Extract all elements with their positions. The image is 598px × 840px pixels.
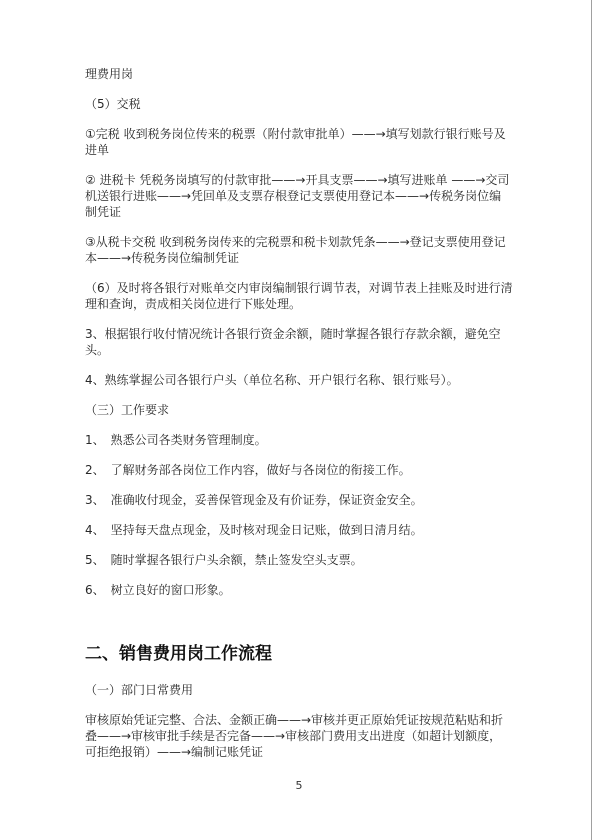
document-content: 理费用岗 （5）交税 ①完税 收到税务岗位传来的税票（附付款审批单）——→填写划…: [85, 66, 513, 774]
sales-section-heading: 二、销售费用岗工作流程: [85, 642, 513, 666]
requirement-item-5: 5、 随时掌握各银行户头余额，禁止签发空头支票。: [85, 552, 513, 568]
requirement-item-3: 3、 准确收付现金，妥善保管现金及有价证券，保证资金安全。: [85, 492, 513, 508]
document-page: 理费用岗 （5）交税 ①完税 收到税务岗位传来的税票（附付款审批单）——→填写划…: [0, 0, 598, 840]
requirements-heading: （三）工作要求: [85, 402, 513, 418]
sales-subsection-heading: （一）部门日常费用: [85, 682, 513, 698]
tax-step-2: ② 进税卡 凭税务岗填写的付款审批——→开具支票——→填写进账单 ——→交司机送…: [85, 172, 513, 220]
tax-step-1: ①完税 收到税务岗位传来的税票（附付款审批单）——→填写划款行银行账号及进单: [85, 126, 513, 158]
tax-step-3: ③从税卡交税 收到税务岗传来的完税票和税卡划款凭条——→登记支票使用登记本——→…: [85, 234, 513, 266]
requirement-item-1: 1、 熟悉公司各类财务管理制度。: [85, 432, 513, 448]
duty-item-3: 3、根据银行收付情况统计各银行资金余额，随时掌握各银行存款余额，避免空头。: [85, 326, 513, 358]
continuation-text: 理费用岗: [85, 66, 513, 82]
page-right-edge: [591, 0, 592, 840]
sales-process-paragraph: 审核原始凭证完整、合法、金额正确——→审核并更正原始凭证按规范粘贴和折叠——→审…: [85, 712, 513, 760]
requirement-item-6: 6、 树立良好的窗口形象。: [85, 582, 513, 598]
page-number: 5: [0, 779, 598, 793]
duty-item-4: 4、熟练掌握公司各银行户头（单位名称、开户银行名称、银行账号）。: [85, 372, 513, 388]
duty-item-6: （6）及时将各银行对账单交内审岗编制银行调节表，对调节表上挂账及时进行清理和查询…: [85, 280, 513, 312]
requirement-item-2: 2、 了解财务部各岗位工作内容，做好与各岗位的衔接工作。: [85, 462, 513, 478]
tax-section-heading: （5）交税: [85, 96, 513, 112]
requirement-item-4: 4、 坚持每天盘点现金，及时核对现金日记账，做到日清月结。: [85, 522, 513, 538]
